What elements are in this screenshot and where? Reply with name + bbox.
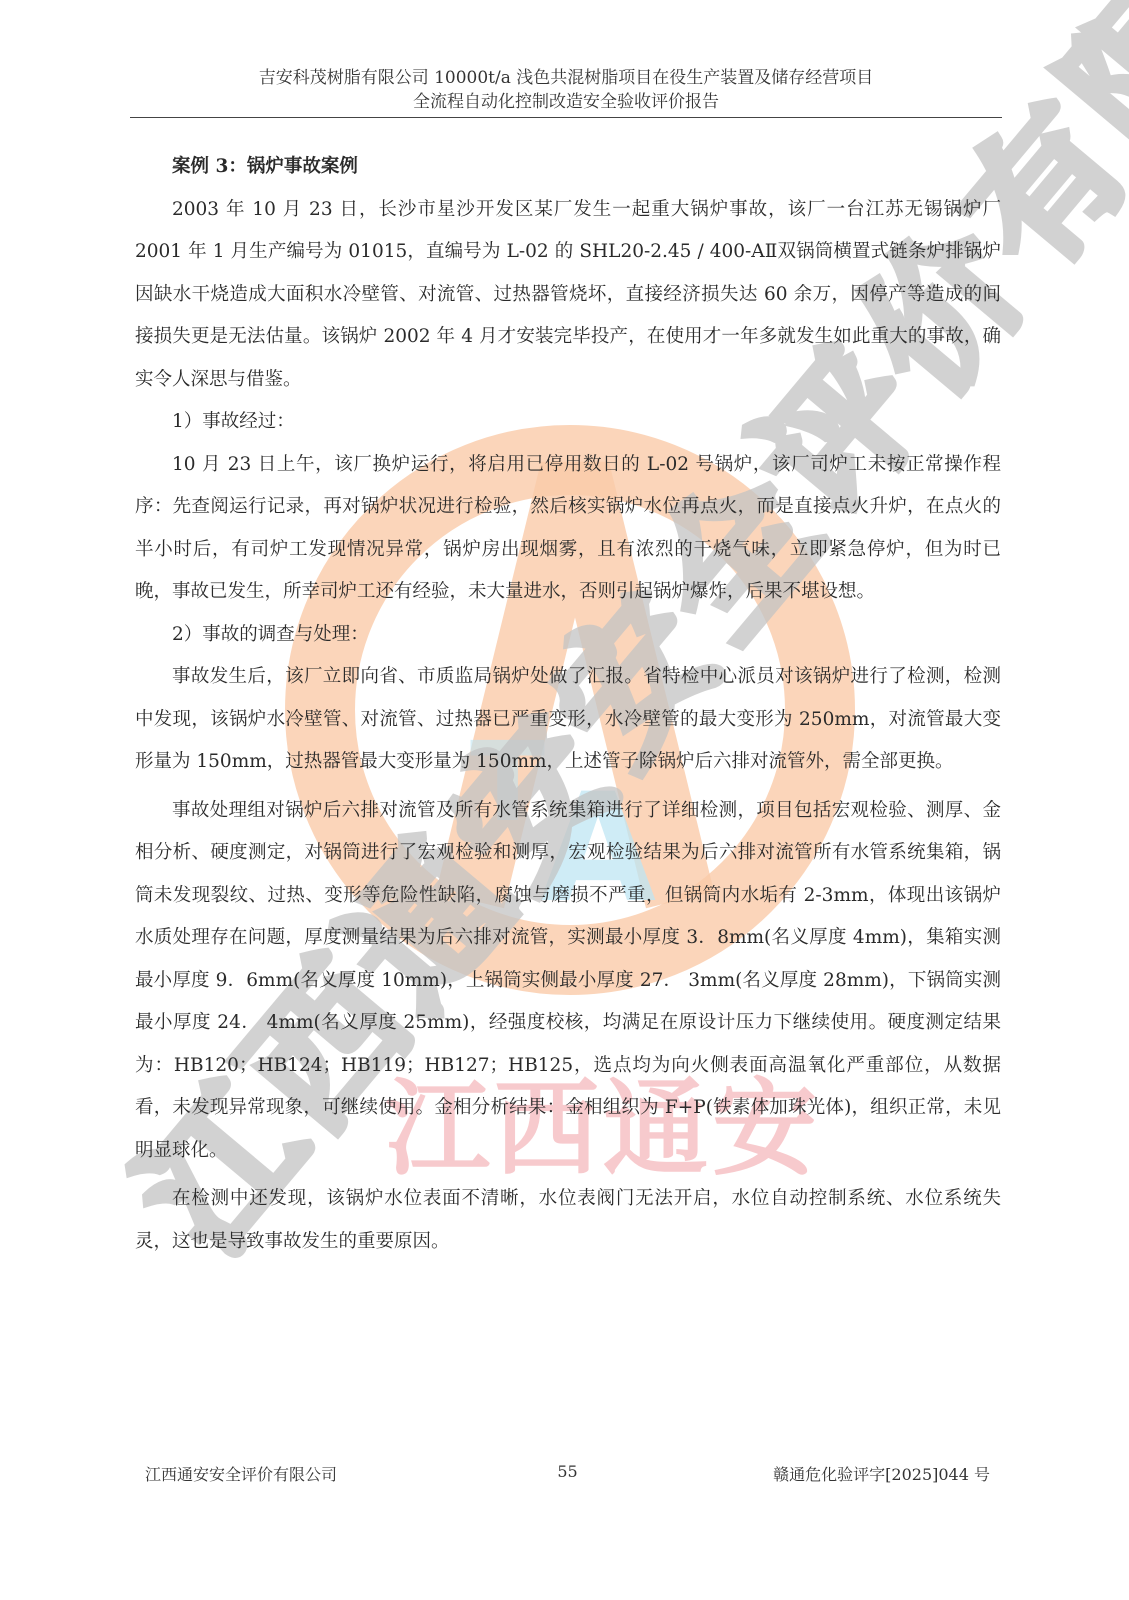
header-title-line2: 全流程自动化控制改造安全验收评价报告 <box>130 90 1002 114</box>
page-footer: 江西通安安全评价有限公司 55 赣通危化验评字[2025]044 号 <box>145 1462 990 1485</box>
paragraph-inspection-details: 事故处理组对锅炉后六排对流管及所有水管系统集箱进行了详细检测，项目包括宏观检验、… <box>135 790 1001 1173</box>
paragraph-cause: 在检测中还发现，该锅炉水位表面不清晰，水位表阀门无法开启，水位自动控制系统、水位… <box>135 1178 1001 1263</box>
header-divider <box>130 117 1002 118</box>
section-title: 案例 3：锅炉事故案例 <box>135 146 1001 189</box>
paragraph-investigation: 事故发生后，该厂立即向省、市质监局锅炉处做了汇报。省特检中心派员对该锅炉进行了检… <box>135 656 1001 784</box>
header-title-line1: 吉安科茂树脂有限公司 10000t/a 浅色共混树脂项目在役生产装置及储存经营项… <box>130 66 1002 90</box>
page-number: 55 <box>145 1462 990 1481</box>
page-header: 吉安科茂树脂有限公司 10000t/a 浅色共混树脂项目在役生产装置及储存经营项… <box>130 66 1002 114</box>
subheading-accident-process: 1）事故经过： <box>135 401 1001 444</box>
document-body: 案例 3：锅炉事故案例 2003 年 10 月 23 日，长沙市星沙开发区某厂发… <box>135 146 1001 1263</box>
paragraph-accident-process: 10 月 23 日上午，该厂换炉运行，将启用已停用数日的 L-02 号锅炉，该厂… <box>135 444 1001 614</box>
paragraph-intro: 2003 年 10 月 23 日，长沙市星沙开发区某厂发生一起重大锅炉事故，该厂… <box>135 189 1001 402</box>
subheading-investigation: 2）事故的调查与处理： <box>135 614 1001 657</box>
